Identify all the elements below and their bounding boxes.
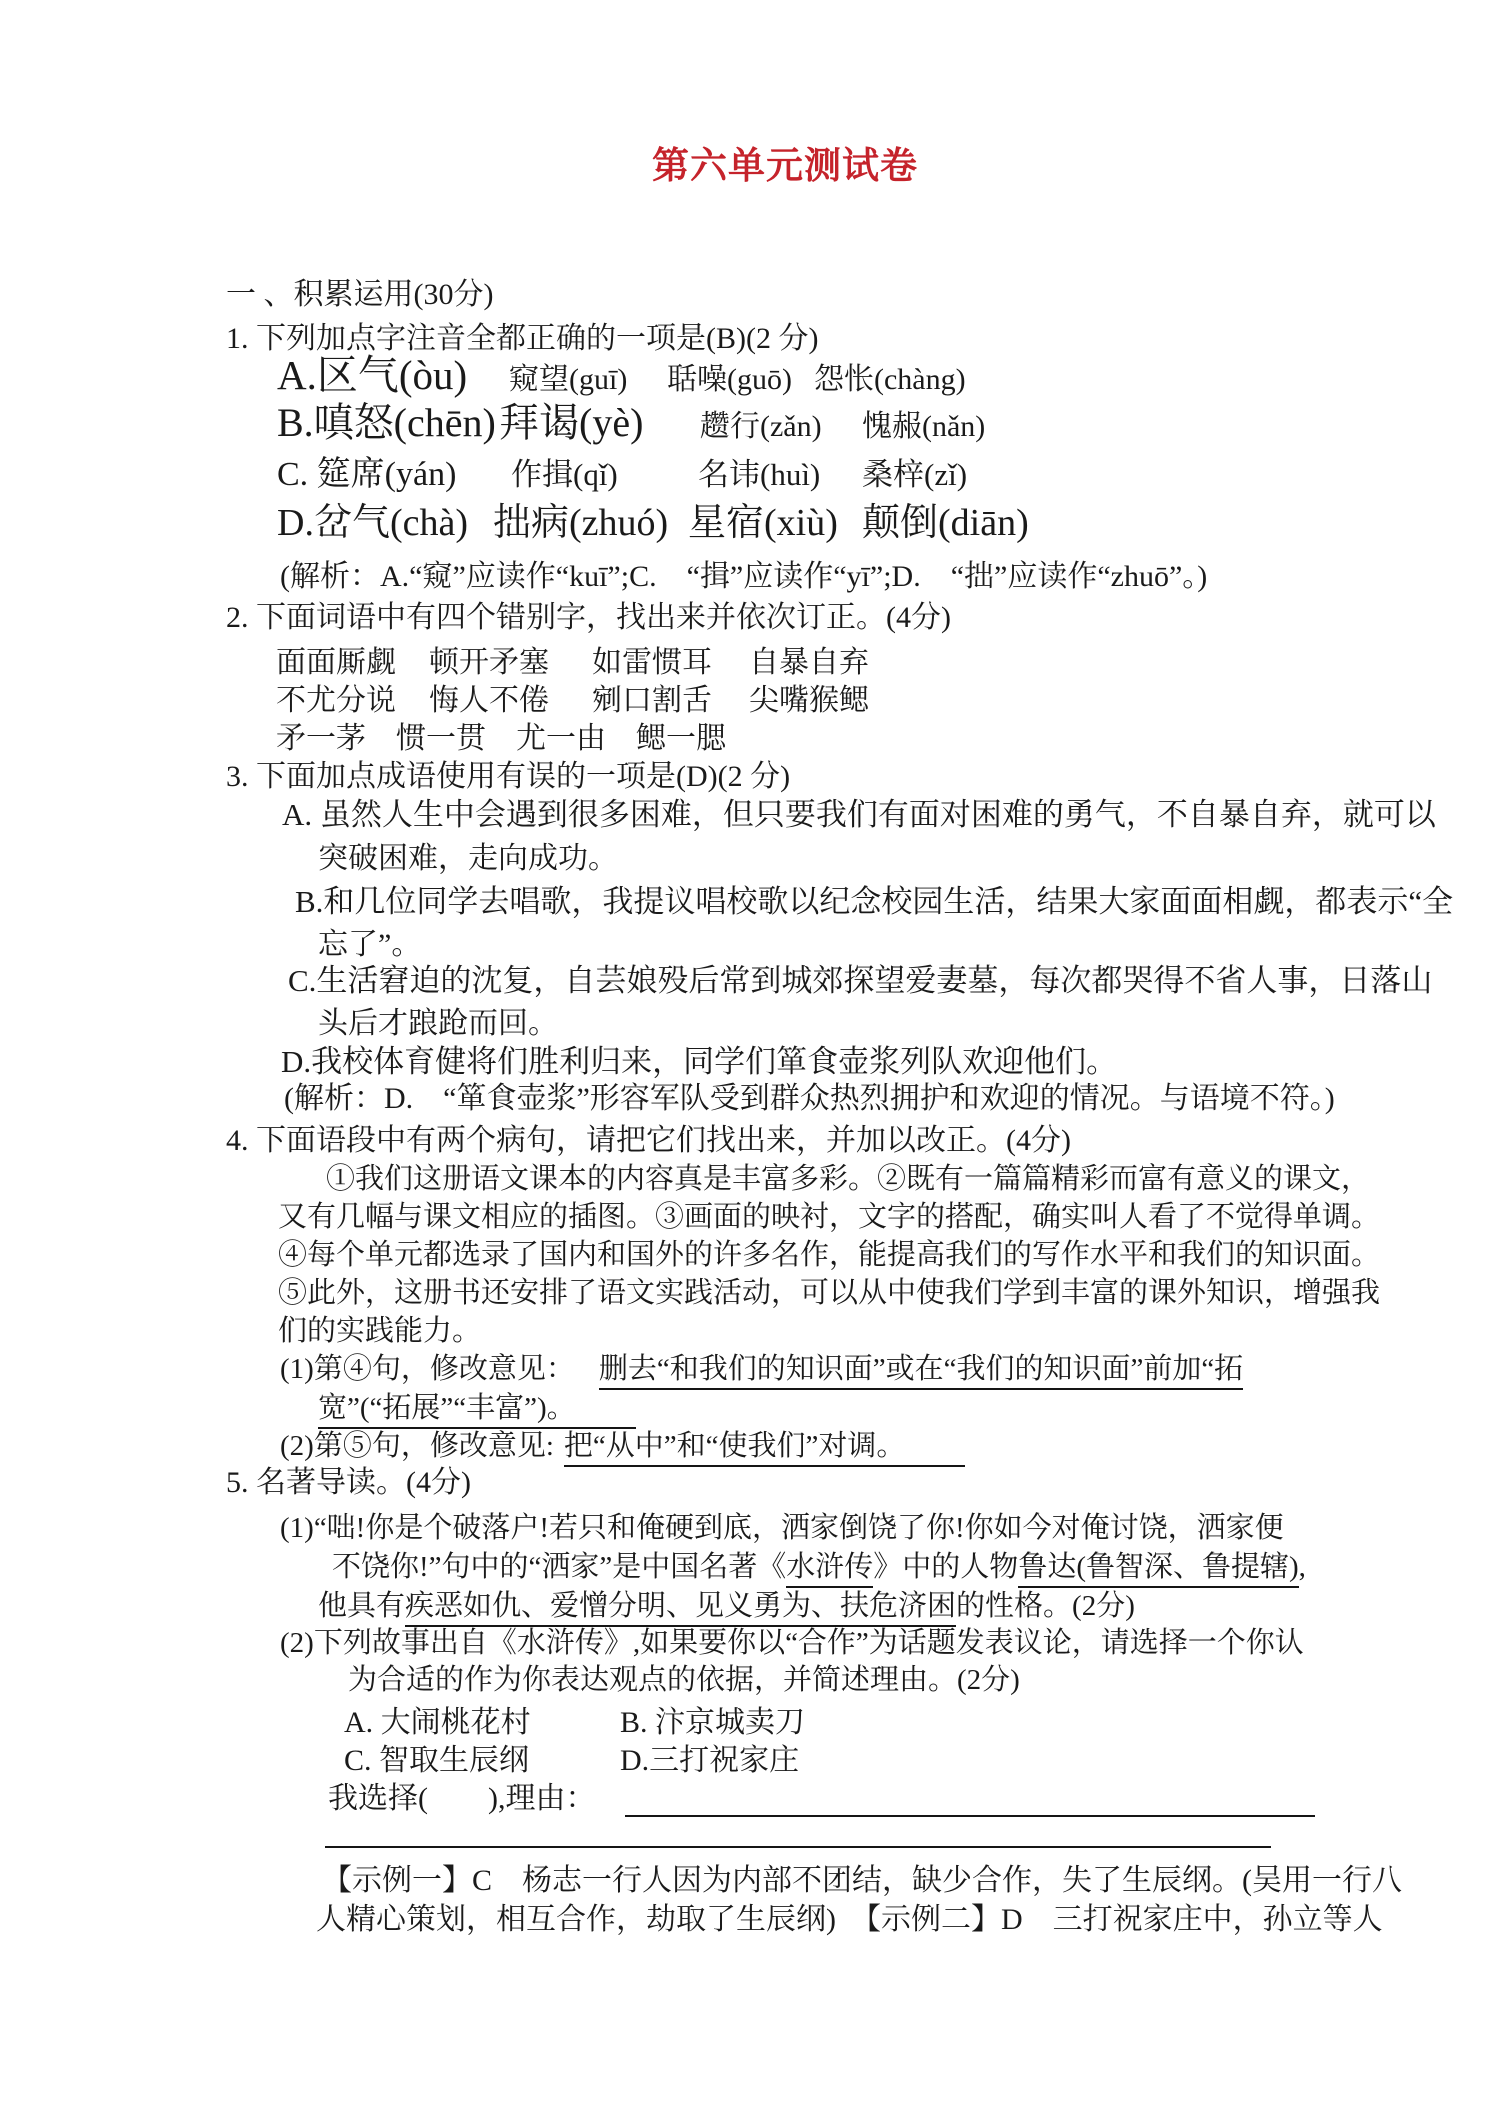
q5-character-traits-underlined: 疾恶如仇、爱憎分明、见义勇为、扶危济困 — [405, 1590, 956, 1627]
q4-fix2-label: (2)第⑤句，修改意见: — [280, 1430, 554, 1462]
q1-word-b4: 愧赧(nǎn) — [862, 410, 985, 445]
q4-fix1-line1: (1)第④句，修改意见：删去“和我们的知识面”或在“我们的知识面”前加“拓 — [280, 1353, 1243, 1386]
answer-divider-line — [325, 1846, 1271, 1848]
q4-fix1-answer-part2: 宽”(“拓展”“丰富”)。 — [318, 1392, 636, 1429]
q1-analysis: (解析：A.“窥”应读作“kuī”;C. “揖”应读作“yī”;D. “拙”应读… — [280, 560, 1207, 595]
q5-part2-line2: 为合适的作为你表达观点的依据，并简述理由。(2分) — [348, 1664, 1020, 1697]
q5-story-option-d: D.三打祝家庄 — [620, 1744, 799, 1779]
q5-stem: 5. 名著导读。(4分) — [226, 1466, 471, 1501]
q1-word-d2: 拙病(zhuó) — [493, 502, 688, 546]
page-title: 第六单元测试卷 — [652, 146, 918, 189]
q2-word-4: 自暴自弃 — [749, 646, 869, 681]
q3-option-b-line1: B.和几位同学去唱歌，我提议唱校歌以纪念校园生活，结果大家面面相觑，都表示“全 — [295, 884, 1453, 920]
q4-paragraph-line2: 又有几幅与课文相应的插图。③画面的映衬，文字的搭配，确实叫人看了不觉得单调。 — [278, 1201, 1380, 1234]
q2-word-row-1: 面面厮觑 顿开矛塞 如雷惯耳 自暴自弃 — [276, 646, 869, 681]
q1-word-c1: C. 筵席(yán) — [277, 455, 511, 494]
q1-word-c3: 名讳(huì) — [698, 457, 862, 493]
q1-word-a2: 窥望(guī) — [509, 363, 667, 398]
q5-sample-answer-line2: 人精心策划，相互合作，劫取了生辰纲) 【示例二】D 三打祝家庄中，孙立等人 — [316, 1903, 1383, 1938]
q1-word-b1: B.嗔怒(chēn) — [277, 400, 499, 446]
q3-option-b-line2: 忘了”。 — [318, 928, 421, 963]
q3-option-a-line1: A. 虽然人生中会遇到很多困难，但只要我们有面对困难的勇气，不自暴自弃，就可以 — [282, 797, 1436, 833]
q5-part1-line2-text1: 不饶你!”句中的“洒家”是中国名著《 — [332, 1551, 786, 1583]
q2-stem: 2. 下面词语中有四个错别字，找出来并依次订正。(4分) — [226, 601, 951, 636]
q5-part1-line2-text3: , — [1299, 1551, 1306, 1583]
q2-answer: 矛一茅 惯一贯 尤一由 鳃一腮 — [276, 722, 726, 757]
q5-book-title-underlined: 水浒传 — [786, 1551, 873, 1588]
q1-word-a3: 聒噪(guō) — [667, 363, 814, 398]
reason-blank-line — [625, 1785, 1315, 1817]
q4-fix2-answer: 把“从中”和“使我们”对调。 — [564, 1430, 966, 1467]
q5-story-options-row2: C. 智取生辰纲 D.三打祝家庄 — [344, 1744, 799, 1779]
q1-word-c2: 作揖(qǐ) — [511, 457, 698, 493]
q4-paragraph-line3: ④每个单元都选录了国内和国外的许多名作，能提高我们的写作水平和我们的知识面。 — [278, 1239, 1380, 1272]
section-one-heading: 一 、积累运用(30分) — [226, 278, 493, 313]
q3-option-c-line2: 头后才踉跄而回。 — [318, 1007, 558, 1042]
q5-story-option-b: B. 汴京城卖刀 — [620, 1706, 805, 1741]
q2-word-row-2: 不尤分说 悔人不倦 剜口割舌 尖嘴猴鳃 — [276, 684, 869, 719]
q5-part1-line2-text2: 》中的人物 — [873, 1551, 1018, 1583]
q5-choose-label: 我选择( ),理由： — [328, 1782, 595, 1815]
q1-option-row-b: B.嗔怒(chēn) 拜谒(yè) 趱行(zǎn) 愧赧(nǎn) — [277, 400, 985, 446]
q3-option-c-line1: C.生活窘迫的沈复，自芸娘殁后常到城郊探望爱妻墓，每次都哭得不省人事，日落山 — [288, 963, 1432, 999]
q2-word-3: 如雷惯耳 — [592, 646, 749, 681]
q5-story-options-row1: A. 大闹桃花村 B. 汴京城卖刀 — [344, 1706, 805, 1741]
q1-word-c4: 桑梓(zǐ) — [862, 457, 967, 493]
q1-option-row-d: D.岔气(chà) 拙病(zhuó) 星宿(xiù) 颠倒(diān) — [277, 502, 1029, 546]
q5-story-option-a: A. 大闹桃花村 — [344, 1706, 620, 1741]
q5-part1-line3-text1: 他具有 — [318, 1590, 405, 1622]
q4-fix2-line: (2)第⑤句，修改意见:把“从中”和“使我们”对调。 — [280, 1430, 965, 1463]
q1-word-a4: 怨怅(chàng) — [814, 363, 966, 398]
q5-part1-line1: (1)“咄!你是个破落户!若只和俺硬到底，洒家倒饶了你!你如今对俺讨饶，洒家便 — [280, 1512, 1284, 1545]
q4-fix1-label: (1)第④句，修改意见： — [280, 1353, 575, 1385]
q5-part1-line2: 不饶你!”句中的“洒家”是中国名著《水浒传》中的人物鲁达(鲁智深、鲁提辖), — [332, 1551, 1306, 1584]
q1-word-b3: 趱行(zǎn) — [700, 410, 862, 445]
q2-word-8: 尖嘴猴鳃 — [749, 684, 869, 719]
q5-choose-line: 我选择( ),理由： — [328, 1782, 1315, 1817]
q5-sample-answer-line1: 【示例一】C 杨志一行人因为内部不团结，缺少合作，失了生辰纲。(吴用一行八 — [322, 1864, 1402, 1899]
q1-option-row-a: A.区气(òu) 窥望(guī) 聒噪(guō) 怨怅(chàng) — [277, 352, 966, 399]
q1-word-d3: 星宿(xiù) — [688, 502, 862, 546]
q4-paragraph-line5: 们的实践能力。 — [278, 1315, 481, 1348]
q4-stem: 4. 下面语段中有两个病句，请把它们找出来，并加以改正。(4分) — [226, 1124, 1071, 1159]
test-paper-page: 第六单元测试卷 一 、积累运用(30分) 1. 下列加点字注音全都正确的一项是(… — [0, 0, 1493, 2112]
q4-paragraph-line1: ①我们这册语文课本的内容真是丰富多彩。②既有一篇篇精彩而富有意义的课文， — [326, 1163, 1370, 1196]
q5-story-option-c: C. 智取生辰纲 — [344, 1744, 620, 1779]
q2-word-6: 悔人不倦 — [429, 684, 592, 719]
q4-fix1-line2: 宽”(“拓展”“丰富”)。 — [318, 1392, 636, 1425]
q5-part1-line3: 他具有疾恶如仇、爱憎分明、见义勇为、扶危济困的性格。(2分) — [318, 1590, 1135, 1623]
q5-part2-line1: (2)下列故事出自《水浒传》,如果要你以“合作”为话题发表议论，请选择一个你认 — [280, 1627, 1304, 1660]
q2-word-5: 不尤分说 — [276, 684, 429, 719]
q2-word-7: 剜口割舌 — [592, 684, 749, 719]
q1-word-d4: 颠倒(diān) — [862, 502, 1029, 546]
q1-word-b2: 拜谒(yè) — [499, 400, 700, 446]
q1-word-a1: A.区气(òu) — [277, 352, 509, 399]
q4-fix1-answer-part1: 删去“和我们的知识面”或在“我们的知识面”前加“拓 — [599, 1353, 1243, 1390]
q4-paragraph-line4: ⑤此外，这册书还安排了语文实践活动，可以从中使我们学到丰富的课外知识，增强我 — [278, 1277, 1380, 1310]
q1-word-d1: D.岔气(chà) — [277, 502, 493, 546]
q2-word-1: 面面厮觑 — [276, 646, 429, 681]
q5-character-name-underlined: 鲁达(鲁智深、鲁提辖) — [1018, 1551, 1298, 1588]
q3-option-d: D.我校体育健将们胜利归来，同学们箪食壶浆列队欢迎他们。 — [281, 1044, 1117, 1080]
q5-part1-line3-text2: 的性格。(2分) — [956, 1590, 1135, 1622]
q1-option-row-c: C. 筵席(yán) 作揖(qǐ) 名讳(huì) 桑梓(zǐ) — [277, 455, 967, 494]
q3-option-a-line2: 突破困难，走向成功。 — [318, 842, 618, 877]
q2-word-2: 顿开矛塞 — [429, 646, 592, 681]
q3-stem: 3. 下面加点成语使用有误的一项是(D)(2 分) — [226, 760, 790, 795]
q3-analysis: (解析：D. “箪食壶浆”形容军队受到群众热烈拥护和欢迎的情况。与语境不符。) — [284, 1082, 1335, 1117]
